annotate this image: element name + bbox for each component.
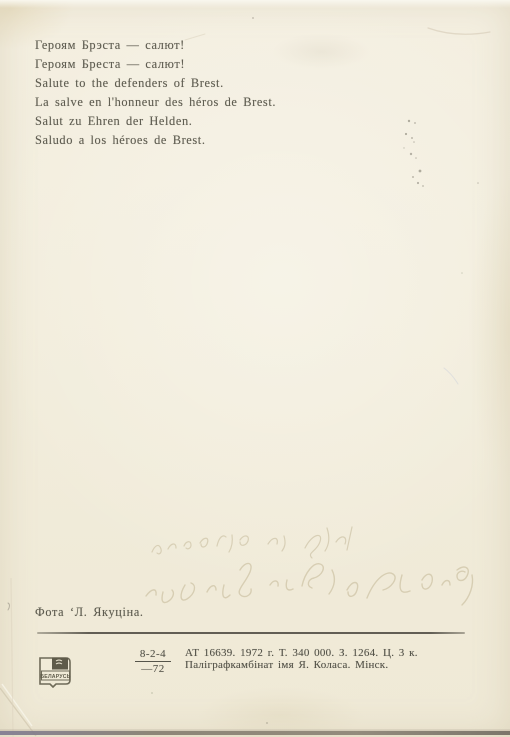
series-denominator: —72: [135, 662, 171, 675]
torn-paper-top-edge: [0, 0, 510, 8]
divider-line: [37, 632, 465, 634]
photo-credit: Фота ‘Л. Якуціна.: [35, 605, 144, 620]
card-bottom-edge: [0, 730, 510, 736]
series-numerator: 8-2-4: [135, 648, 171, 662]
imprint-text: АТ 16639. 1972 г. Т. 340 000. З. 1264. Ц…: [185, 648, 418, 671]
publisher-logo: БЕЛАРУСЬ: [38, 654, 73, 688]
postcard-back: Героям Брэста — салют! Героям Бреста — с…: [0, 0, 510, 737]
imprint-printer-line: Паліграфкамбінат імя Я. Коласа. Мінск.: [185, 660, 418, 672]
series-number: 8-2-4 —72: [135, 648, 171, 675]
greeting-line-6: Saludo a los héroes de Brest.: [35, 131, 276, 150]
greeting-line-4: La salve en l'honneur des héros de Brest…: [35, 93, 276, 112]
greeting-line-3: Salute to the defenders of Brest.: [35, 74, 276, 93]
greeting-line-1: Героям Брэста — салют!: [35, 36, 276, 55]
imprint-row: БЕЛАРУСЬ 8-2-4 —72 АТ 16639. 1972 г. Т. …: [0, 646, 510, 692]
ink-bleed-handwriting-row2: [146, 563, 473, 605]
greeting-block: Героям Брэста — салют! Героям Бреста — с…: [35, 36, 276, 149]
greeting-line-2: Героям Бреста — салют!: [35, 55, 276, 74]
greeting-line-5: Salut zu Ehren der Helden.: [35, 112, 276, 131]
ink-bleed-handwriting-row1: [152, 527, 352, 558]
publisher-logo-label: БЕЛАРУСЬ: [40, 674, 70, 680]
imprint-edition-line: АТ 16639. 1972 г. Т. 340 000. З. 1264. Ц…: [185, 648, 418, 660]
